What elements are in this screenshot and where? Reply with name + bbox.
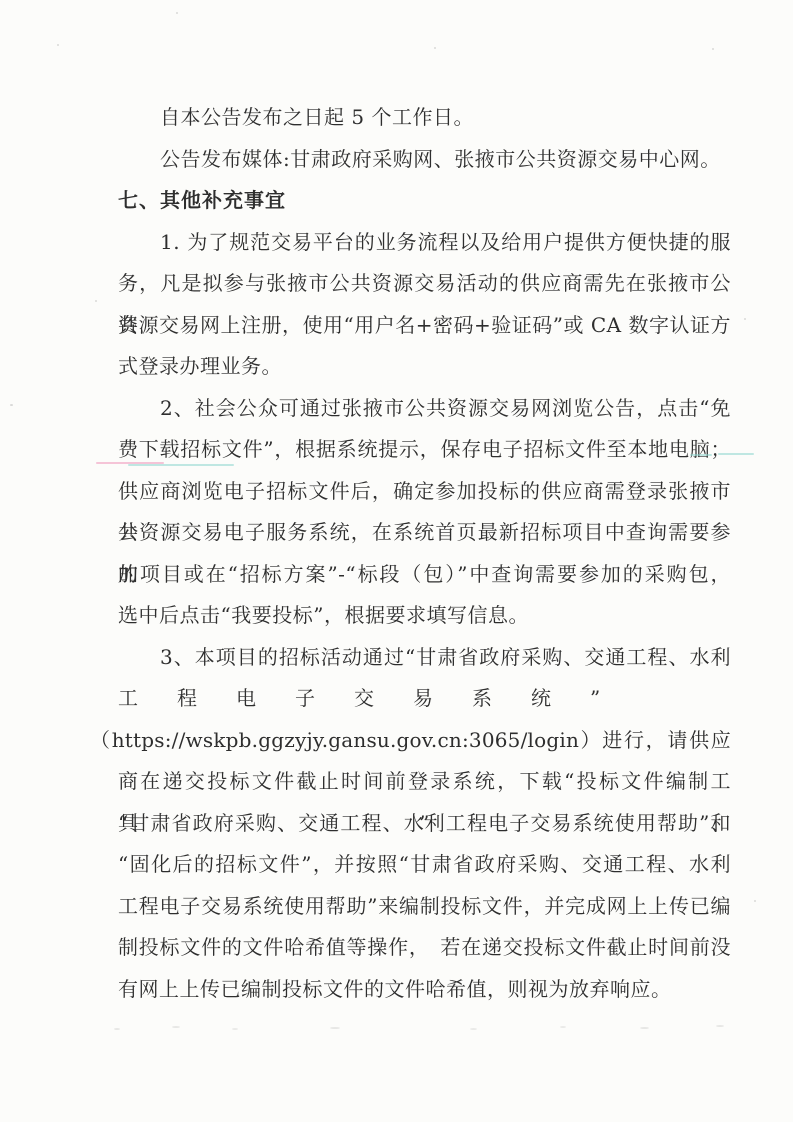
scan-speckle xyxy=(640,1027,649,1029)
text-line: 选中后点击“我要投标”，根据要求填写信息。 xyxy=(118,595,731,637)
text-line: 供应商浏览电子招标文件后，确定参加投标的供应商需登录张掖市公 xyxy=(118,471,731,513)
text-line: 2、社会公众可通过张掖市公共资源交易网浏览公告，点击“免 xyxy=(118,388,731,430)
text-line: 公告发布媒体:甘肃政府采购网、张掖市公共资源交易中心网。 xyxy=(118,139,731,181)
scan-speckle xyxy=(95,300,97,302)
announcement-text: 自本公告发布之日起 5 个工作日。公告发布媒体:甘肃政府采购网、张掖市公共资源交… xyxy=(118,97,731,1010)
text-line: 费下载招标文件”，根据系统提示，保存电子招标文件至本地电脑； xyxy=(118,429,731,471)
text-line: 务，凡是拟参与张掖市公共资源交易活动的供应商需先在张掖市公共 xyxy=(118,263,731,305)
scan-speckle xyxy=(232,1028,238,1030)
scan-speckle xyxy=(744,318,746,320)
scan-speckle xyxy=(57,44,59,46)
scan-speckle xyxy=(560,1026,566,1028)
scan-speckle xyxy=(10,404,13,406)
scan-speckle xyxy=(176,12,178,14)
text-line: 有网上上传已编制投标文件的文件哈希值，则视为放弃响应。 xyxy=(118,969,731,1011)
text-line: 的项目或在“招标方案”-“标段（包）”中查询需要参加的采购包， xyxy=(118,554,731,596)
text-line: （https://wskpb.ggzyjy.gansu.gov.cn:3065/… xyxy=(90,720,731,762)
scan-speckle xyxy=(712,48,714,50)
scan-speckle xyxy=(716,1025,724,1027)
scan-speckle xyxy=(754,900,756,902)
section-heading: 七、其他补充事宜 xyxy=(118,180,731,222)
scan-speckle xyxy=(330,1027,340,1029)
document-page: 自本公告发布之日起 5 个工作日。公告发布媒体:甘肃政府采购网、张掖市公共资源交… xyxy=(0,0,793,1122)
text-line: 自本公告发布之日起 5 个工作日。 xyxy=(118,97,731,139)
text-line: “甘肃省政府采购、交通工程、水利工程电子交易系统使用帮助”和 xyxy=(118,803,731,845)
scan-speckle xyxy=(470,1028,477,1030)
scan-speckle xyxy=(114,1028,120,1030)
text-line: 1. 为了规范交易平台的业务流程以及给用户提供方便快捷的服 xyxy=(118,222,731,264)
scan-speckle xyxy=(434,47,436,49)
text-line: 商在递交投标文件截止时间前登录系统，下载“投标文件编制工具”、 xyxy=(118,761,731,803)
text-line: “固化后的招标文件”，并按照“甘肃省政府采购、交通工程、水利 xyxy=(118,844,731,886)
text-line: 工程电子交易系统使用帮助”来编制投标文件，并完成网上上传已编 xyxy=(118,886,731,928)
text-line: 制投标文件的文件哈希值等操作， 若在递交投标文件截止时间前没 xyxy=(118,927,731,969)
text-line: 式登录办理业务。 xyxy=(118,346,731,388)
scan-speckle xyxy=(172,1026,180,1028)
text-line: 共资源交易电子服务系统，在系统首页最新招标项目中查询需要参加 xyxy=(118,512,731,554)
text-line: 工程电子交易系统” xyxy=(118,678,731,720)
text-line: 3、本项目的招标活动通过“甘肃省政府采购、交通工程、水利 xyxy=(118,637,731,679)
text-line: 资源交易网上注册，使用“用户名+密码+验证码”或 CA 数字认证方 xyxy=(118,305,731,347)
